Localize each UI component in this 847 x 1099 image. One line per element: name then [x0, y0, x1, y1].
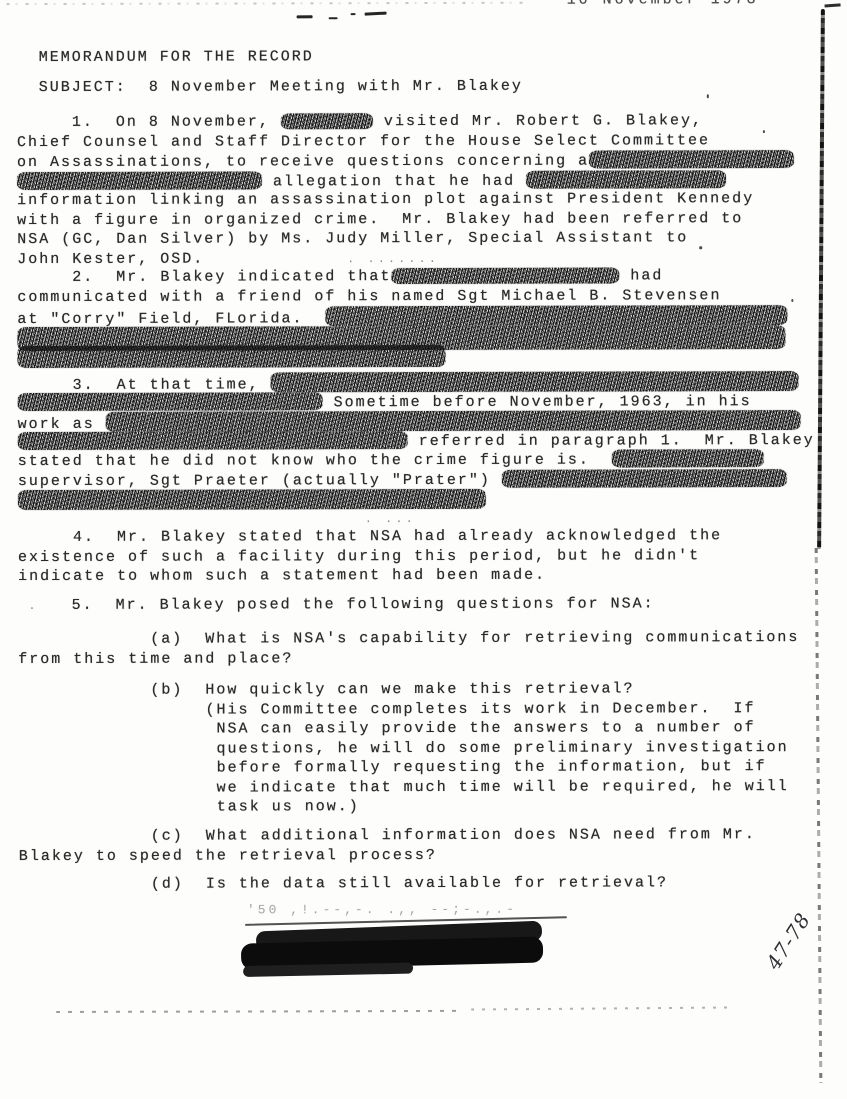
text-line: MEMORANDUM FOR THE RECORD	[17, 47, 314, 68]
typewriter-text: John Kester, OSD.	[17, 250, 204, 267]
paragraph-1: 1. On 8 November, visited Mr. Robert G. …	[17, 111, 846, 113]
redaction-scribble	[271, 371, 799, 392]
text-line	[17, 345, 445, 366]
typewriter-text: from this time and place?	[18, 650, 293, 668]
typewriter-text: NSA can easily provide the answers to a …	[18, 719, 755, 738]
typewriter-text: 4. Mr. Blakey stated that NSA had alread…	[18, 527, 722, 546]
bottom-scan-dots	[56, 1010, 456, 1013]
date-header-text: 10 November 1978	[567, 0, 792, 9]
text-line: before formally requesting the informati…	[19, 757, 767, 779]
text-line: work as	[18, 410, 801, 432]
typewriter-text: 1. On 8 November,	[17, 113, 281, 131]
typewriter-text: existence of such a facility during this…	[18, 547, 700, 566]
text-line	[17, 325, 785, 347]
typewriter-text: allegation that he had	[262, 172, 526, 190]
typewriter-text: (c) What additional information does NSA…	[19, 826, 756, 845]
typewriter-text: (a) What is NSA's capability for retriev…	[18, 629, 799, 648]
redaction-scribble	[325, 305, 787, 326]
faint-scan-marks: . ...	[18, 512, 416, 527]
text-line: stated that he did not know who the crim…	[18, 449, 764, 471]
redaction-scribble	[18, 392, 323, 411]
typewriter-text: stated that he did not know who the crim…	[18, 452, 612, 471]
text-line: (His Committee completes its work in Dec…	[18, 699, 755, 721]
text-line: (a) What is NSA's capability for retriev…	[18, 628, 799, 650]
text-line: existence of such a facility during this…	[18, 546, 700, 568]
text-line	[18, 489, 486, 510]
redaction-scribble	[106, 410, 801, 432]
redaction-scribble	[391, 267, 619, 284]
typewriter-text: communicated with a friend of his named …	[17, 287, 721, 306]
text-line: SUBJECT: 8 November Meeting with Mr. Bla…	[17, 77, 523, 98]
typewriter-text: with a figure in organized crime. Mr. Bl…	[17, 210, 743, 229]
page-corner-mark	[824, 3, 840, 7]
typewriter-text: visited Mr. Robert G. Blakey,	[373, 112, 703, 130]
typewriter-text: referred in paragraph 1. Mr. Blakey	[408, 431, 815, 449]
typewriter-text: information linking an assassination plo…	[17, 190, 754, 209]
redaction-scribble	[18, 489, 486, 510]
subject-line: SUBJECT: 8 November Meeting with Mr. Bla…	[17, 76, 846, 78]
typewriter-text: questions, he will do some preliminary i…	[18, 739, 788, 758]
scan-speck	[707, 94, 709, 98]
bottom-scan-dots	[471, 1007, 731, 1011]
text-line: Blakey to speed the retrieval process?	[19, 845, 437, 866]
text-line: with a figure in organized crime. Mr. Bl…	[17, 209, 743, 231]
typewriter-text: 5. Mr. Blakey posed the following questi…	[39, 595, 655, 614]
typewriter-text: (His Committee completes its work in Dec…	[18, 700, 755, 719]
cropped-text-mark	[297, 15, 313, 18]
redaction-scribble	[502, 469, 787, 488]
text-line: supervisor, Sgt Praeter (actually "Prate…	[18, 469, 787, 491]
typewriter-text: before formally requesting the informati…	[19, 758, 767, 777]
paragraph-3: 3. At that time, Sometime before Novembe…	[18, 371, 847, 373]
text-line: indicate to whom such a statement had be…	[18, 566, 546, 587]
cropped-text-mark	[329, 17, 338, 19]
ghost-stamp-remnant: '50 ,!.--,-. .,, --;-.,.-	[247, 902, 587, 918]
redaction-scribble	[281, 113, 373, 129]
text-line: information linking an assassination plo…	[17, 189, 754, 211]
typewriter-text: MEMORANDUM FOR THE RECORD	[17, 48, 314, 66]
heavy-redaction-block	[241, 924, 561, 985]
text-line: we indicate that much time will be requi…	[19, 777, 789, 799]
text-line: 1. On 8 November, visited Mr. Robert G. …	[17, 111, 703, 133]
text-line: 2. Mr. Blakey indicated that had	[17, 266, 663, 288]
typewriter-text: (d) Is the data still available for retr…	[19, 874, 668, 893]
cropped-text-mark	[351, 13, 356, 15]
scan-speck	[763, 130, 765, 133]
redaction-scribble	[17, 171, 262, 190]
typewriter-text: NSA (GC, Dan Silver) by Ms. Judy Miller,…	[17, 229, 688, 248]
redaction-scribble	[589, 150, 794, 169]
redaction-scribble	[526, 170, 726, 189]
date-header-cropped: 10 November 1978	[567, 0, 792, 11]
question-c: (c) What additional information does NSA…	[19, 825, 847, 827]
text-line: (d) Is the data still available for retr…	[19, 873, 668, 895]
question-d: (d) Is the data still available for retr…	[19, 873, 847, 875]
typewriter-text: had	[619, 267, 663, 284]
redaction-scribble	[612, 449, 764, 467]
text-line: Chief Counsel and Staff Director for the…	[17, 131, 710, 153]
text-line: at "Corry" Field, FLorida.	[17, 305, 787, 327]
scan-speck-row	[7, 2, 527, 5]
text-line: NSA (GC, Dan Silver) by Ms. Judy Miller,…	[17, 228, 688, 250]
typewriter-text: task us now.)	[19, 798, 360, 816]
redaction-scribble	[18, 431, 408, 450]
memo-content: 10 November 1978 MEMORANDUM FOR THE RECO…	[0, 0, 847, 1099]
question-b: (b) How quickly can we make this retriev…	[18, 679, 847, 681]
typewriter-text: we indicate that much time will be requi…	[19, 778, 789, 797]
text-line: (c) What additional information does NSA…	[19, 825, 756, 847]
text-line: referred in paragraph 1. Mr. Blakey	[18, 429, 815, 451]
text-line: 3. At that time,	[18, 371, 799, 393]
question-a: (a) What is NSA's capability for retriev…	[18, 628, 847, 630]
text-line: NSA can easily provide the answers to a …	[18, 718, 755, 740]
typewriter-text: on Assassinations, to receive questions …	[17, 153, 589, 171]
text-line: on Assassinations, to receive questions …	[17, 150, 794, 172]
text-line: allegation that he had	[17, 170, 726, 192]
redaction-ink-layer	[243, 963, 413, 977]
typewriter-text: Chief Counsel and Staff Director for the…	[17, 132, 710, 151]
text-line: communicated with a friend of his named …	[17, 286, 721, 308]
scan-speck	[791, 299, 793, 302]
typewriter-text: (b) How quickly can we make this retriev…	[18, 680, 634, 699]
paragraph-5: . 5. Mr. Blakey posed the following ques…	[18, 594, 847, 596]
cropped-text-mark	[365, 12, 387, 16]
redaction-scribble	[17, 345, 445, 368]
typewriter-text: indicate to whom such a statement had be…	[18, 567, 546, 585]
handwritten-number: 47-78	[761, 908, 815, 974]
scanned-memo-page: 10 November 1978 MEMORANDUM FOR THE RECO…	[0, 0, 847, 1099]
faint-scan-marks: . .......	[204, 251, 439, 266]
text-line: . 5. Mr. Blakey posed the following ques…	[18, 594, 655, 616]
text-line: task us now.)	[19, 797, 360, 818]
faint-scan-marks: .	[18, 599, 38, 613]
text-line: (b) How quickly can we make this retriev…	[18, 679, 634, 701]
memo-title: MEMORANDUM FOR THE RECORD	[17, 46, 846, 48]
typewriter-text: SUBJECT: 8 November Meeting with Mr. Bla…	[17, 78, 523, 96]
typewriter-text: supervisor, Sgt Praeter (actually "Prate…	[18, 471, 502, 489]
text-line: 4. Mr. Blakey stated that NSA had alread…	[18, 526, 722, 548]
text-line: questions, he will do some preliminary i…	[18, 738, 788, 760]
typewriter-text: Blakey to speed the retrieval process?	[19, 846, 437, 864]
scan-speck	[699, 246, 702, 249]
typewriter-text: Sometime before November, 1963, in his	[323, 393, 752, 411]
text-line: Sometime before November, 1963, in his	[18, 391, 752, 413]
typewriter-text: 2. Mr. Blakey indicated that	[17, 268, 391, 286]
text-line: from this time and place?	[18, 649, 293, 670]
